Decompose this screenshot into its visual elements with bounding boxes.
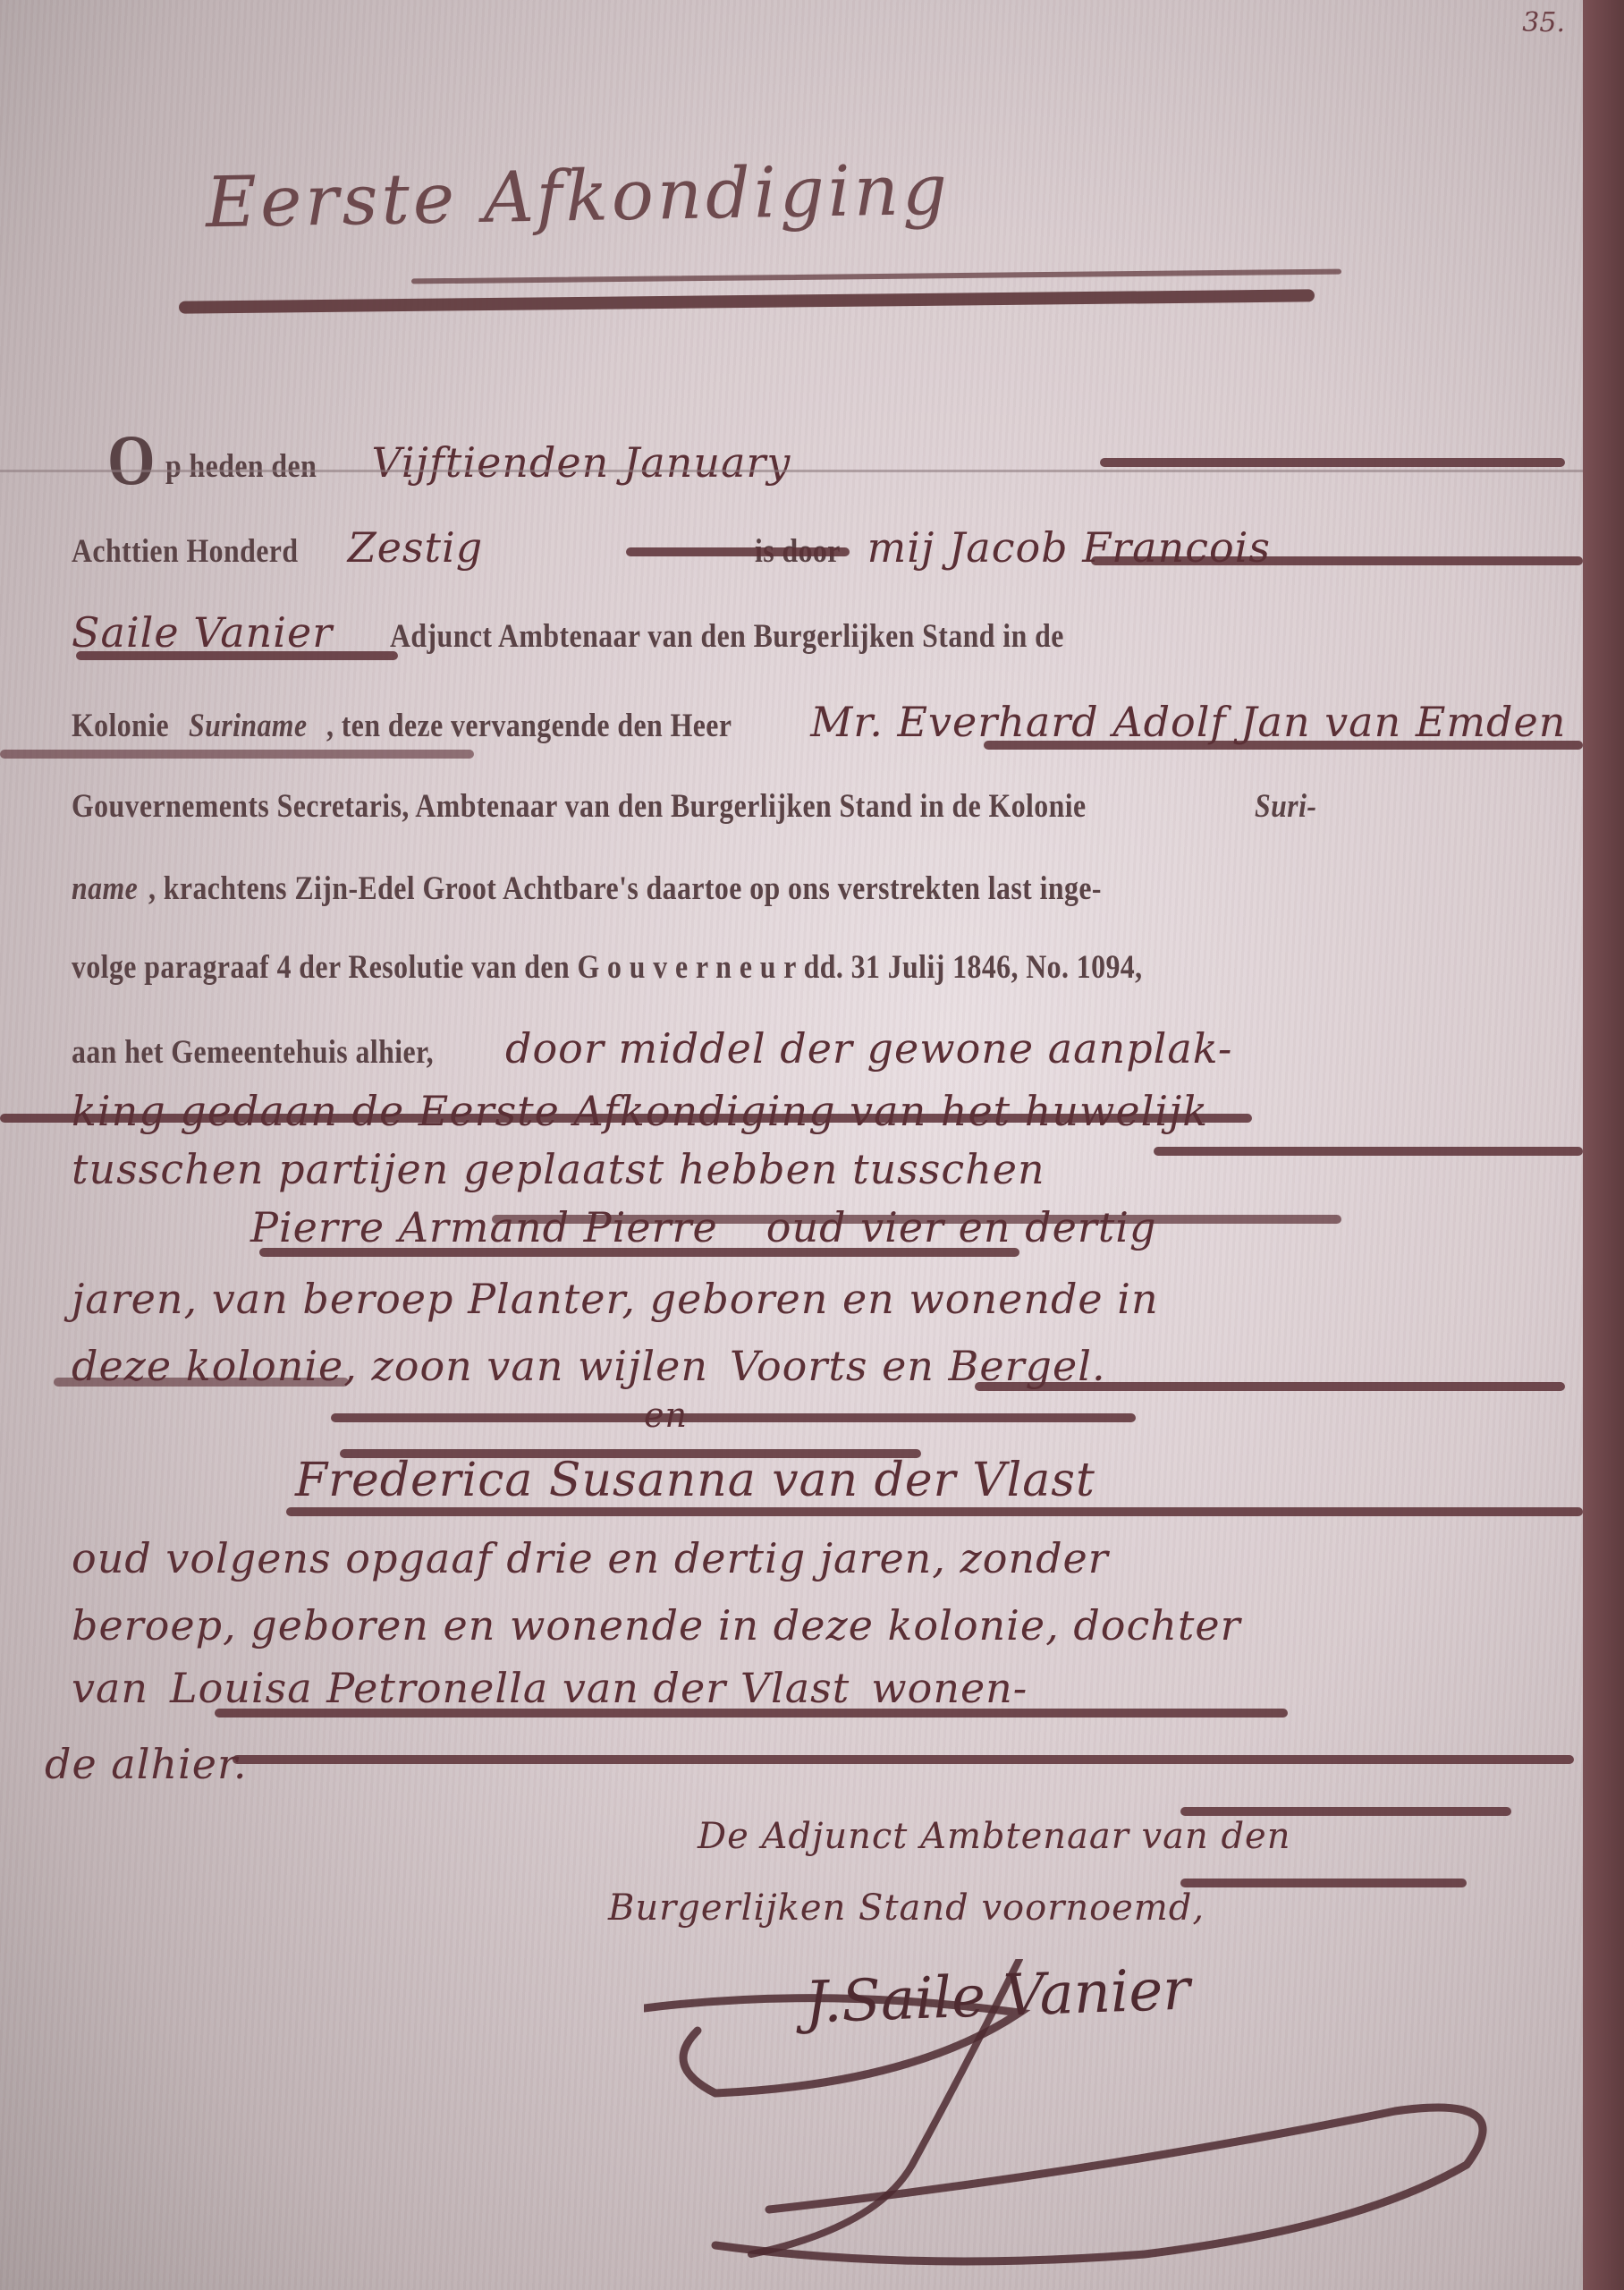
closing-line-1: De Adjunct Ambtenaar van den [698, 1816, 1291, 1857]
groom-age: oud vier en dertig [766, 1203, 1157, 1251]
printed-krachtens: , krachtens Zijn-Edel Groot Achtbare's d… [148, 869, 1102, 908]
handwritten-line-8: door middel der gewone aanplak- [505, 1024, 1232, 1073]
printed-name: name [72, 869, 138, 908]
line-9: king gedaan de Eerste Afkondiging van he… [72, 1087, 1208, 1135]
line-6: name, krachtens Zijn-Edel Groot Achtbare… [72, 869, 1257, 908]
closing-text-2: Burgerlijken Stand voornoemd, [608, 1887, 1205, 1929]
official-signature: J.Saile Vanier [804, 1957, 1191, 2037]
line-5: Gouvernements Secretaris, Ambtenaar van … [72, 787, 1327, 826]
bride-mother-underline [215, 1709, 1288, 1717]
printed-op-heden-den: p heden den [165, 447, 317, 486]
document-page: 35. Eerste Afkondiging Op heden den Vijf… [0, 0, 1583, 2290]
closing-underline [233, 1755, 1574, 1764]
handwritten-year: Zestig [348, 523, 483, 572]
handwritten-underline [1091, 556, 1583, 565]
bride-alhier: de alhier. [45, 1740, 248, 1788]
handwritten-line-9: king gedaan de Eerste Afkondiging van he… [72, 1087, 1208, 1135]
handwritten-date: Vijftienden January [371, 438, 791, 487]
strike-line [492, 1215, 1341, 1224]
line-3: Saile Vanier Adjunct Ambtenaar van den B… [72, 608, 1174, 657]
printed-initial-O: O [107, 420, 156, 502]
bride-line-4: de alhier. [45, 1740, 248, 1788]
bride-parent-prefix: van [72, 1664, 148, 1712]
bride-age: oud volgens opgaaf drie en dertig jaren,… [72, 1534, 1109, 1582]
printed-gouvernements-secretaris: Gouvernements Secretaris, Ambtenaar van … [72, 787, 1087, 826]
folio-number: 35. [1522, 7, 1565, 38]
closing-line-2: Burgerlijken Stand voornoemd, [608, 1887, 1205, 1929]
printed-gemeentehuis: aan het Gemeentehuis alhier, [72, 1033, 434, 1072]
groom-line: Pierre Armand Pierre oud vier en dertig [250, 1203, 1156, 1251]
line-1: Op heden den Vijftienden January [107, 420, 791, 502]
printed-resolutie: volge paragraaf 4 der Resolutie van den … [72, 948, 1143, 987]
bride-name: Frederica Susanna van der Vlast [295, 1454, 1095, 1507]
bride-name-underline [286, 1507, 1583, 1516]
handwritten-underline [0, 750, 474, 759]
printed-kolonie: Kolonie [72, 707, 169, 745]
printed-achttien-honderd: Achttien Honderd [72, 532, 298, 571]
handwritten-underline [0, 1114, 1252, 1123]
line-4: Kolonie Suriname, ten deze vervangende d… [72, 698, 1566, 746]
handwritten-underline [984, 741, 1583, 750]
handwritten-underline [54, 1378, 349, 1387]
handwritten-underline [331, 1413, 1136, 1422]
line-7: volge paragraaf 4 der Resolutie van den … [72, 948, 1316, 987]
groom-line-2: jaren, van beroep Planter, geboren en wo… [72, 1275, 1159, 1323]
title-underline-thin [411, 269, 1341, 284]
printed-suriname-italic: Suriname [189, 708, 308, 744]
bride-line-1: oud volgens opgaaf drie en dertig jaren,… [72, 1534, 1109, 1582]
handwritten-official-name-2: Saile Vanier [72, 608, 333, 657]
groom-father-underline [975, 1382, 1565, 1391]
printed-vervangende: , ten deze vervangende den Heer [326, 707, 732, 745]
line-8: aan het Gemeentehuis alhier, door middel… [72, 1024, 1232, 1073]
bride-mother-residence: wonen- [871, 1664, 1028, 1712]
printed-adjunct-ambtenaar: Adjunct Ambtenaar van den Burgerlijken S… [390, 617, 1064, 656]
bride-line-3: van Louisa Petronella van der Vlast wone… [72, 1664, 1028, 1712]
bride-line: Frederica Susanna van der Vlast [295, 1454, 1095, 1507]
printed-suri: Suri- [1255, 787, 1316, 826]
document-title: Eerste Afkondiging [205, 150, 951, 244]
bride-line-2: beroep, geboren en wonende in deze kolon… [72, 1601, 1241, 1650]
line-10: tusschen partijen geplaatst hebben tussc… [72, 1145, 1045, 1193]
handwritten-replaced-official: Mr. Everhard Adolf Jan van Emden [810, 698, 1566, 746]
groom-occupation-birth: jaren, van beroep Planter, geboren en wo… [72, 1275, 1159, 1323]
groom-name-underline [259, 1248, 1019, 1257]
title-underline [179, 289, 1315, 313]
handwritten-underline [1180, 1879, 1467, 1887]
ruled-line [0, 470, 1583, 472]
printed-name-italic: name [72, 870, 138, 907]
handwritten-underline [626, 547, 850, 556]
scan-edge-border [1583, 0, 1624, 2290]
handwritten-underline [76, 651, 398, 660]
handwritten-underline [1180, 1807, 1511, 1816]
handwritten-underline [1100, 458, 1565, 467]
printed-suri-italic: Suri- [1255, 788, 1316, 825]
bride-birth-residence: beroep, geboren en wonende in deze kolon… [72, 1601, 1241, 1650]
printed-suriname: Suriname [189, 707, 308, 745]
handwritten-line-10: tusschen partijen geplaatst hebben tussc… [72, 1145, 1045, 1193]
bride-mother: Louisa Petronella van der Vlast [170, 1664, 850, 1712]
closing-text-1: De Adjunct Ambtenaar van den [698, 1816, 1291, 1857]
handwritten-underline [1154, 1147, 1583, 1156]
groom-name: Pierre Armand Pierre [250, 1203, 718, 1251]
